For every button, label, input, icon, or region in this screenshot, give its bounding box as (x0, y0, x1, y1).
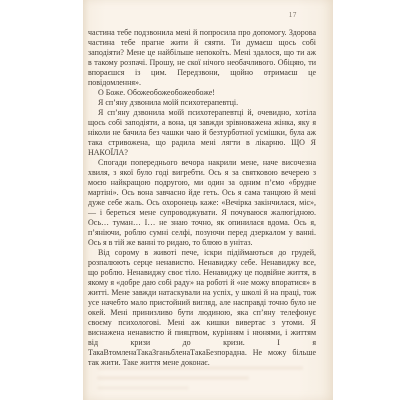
paragraph: Я сп’яну дзвонила моїй психотерапевтці й… (88, 108, 316, 158)
page-showthrough (97, 376, 249, 380)
book-page: 17 частина тебе подзвонила мені й попрос… (83, 0, 333, 400)
paragraph: О Боже. Обожеобожеобожеобоже! (88, 88, 316, 98)
screenshot-root: 17 частина тебе подзвонила мені й попрос… (0, 0, 400, 400)
page-showthrough (97, 366, 303, 370)
paragraph: Від сорому в животі пече, іскри підіймаю… (88, 248, 316, 368)
paragraph: частина тебе подзвонила мені й попросила… (88, 28, 316, 88)
page-showthrough (97, 386, 189, 390)
page-number: 17 (83, 11, 333, 19)
paragraph: Я сп’яну дзвонила моїй психотерапевтці. (88, 98, 316, 108)
body-text: частина тебе подзвонила мені й попросила… (88, 28, 316, 368)
paragraph: Спогади попереднього вечора накрили мене… (88, 158, 316, 248)
